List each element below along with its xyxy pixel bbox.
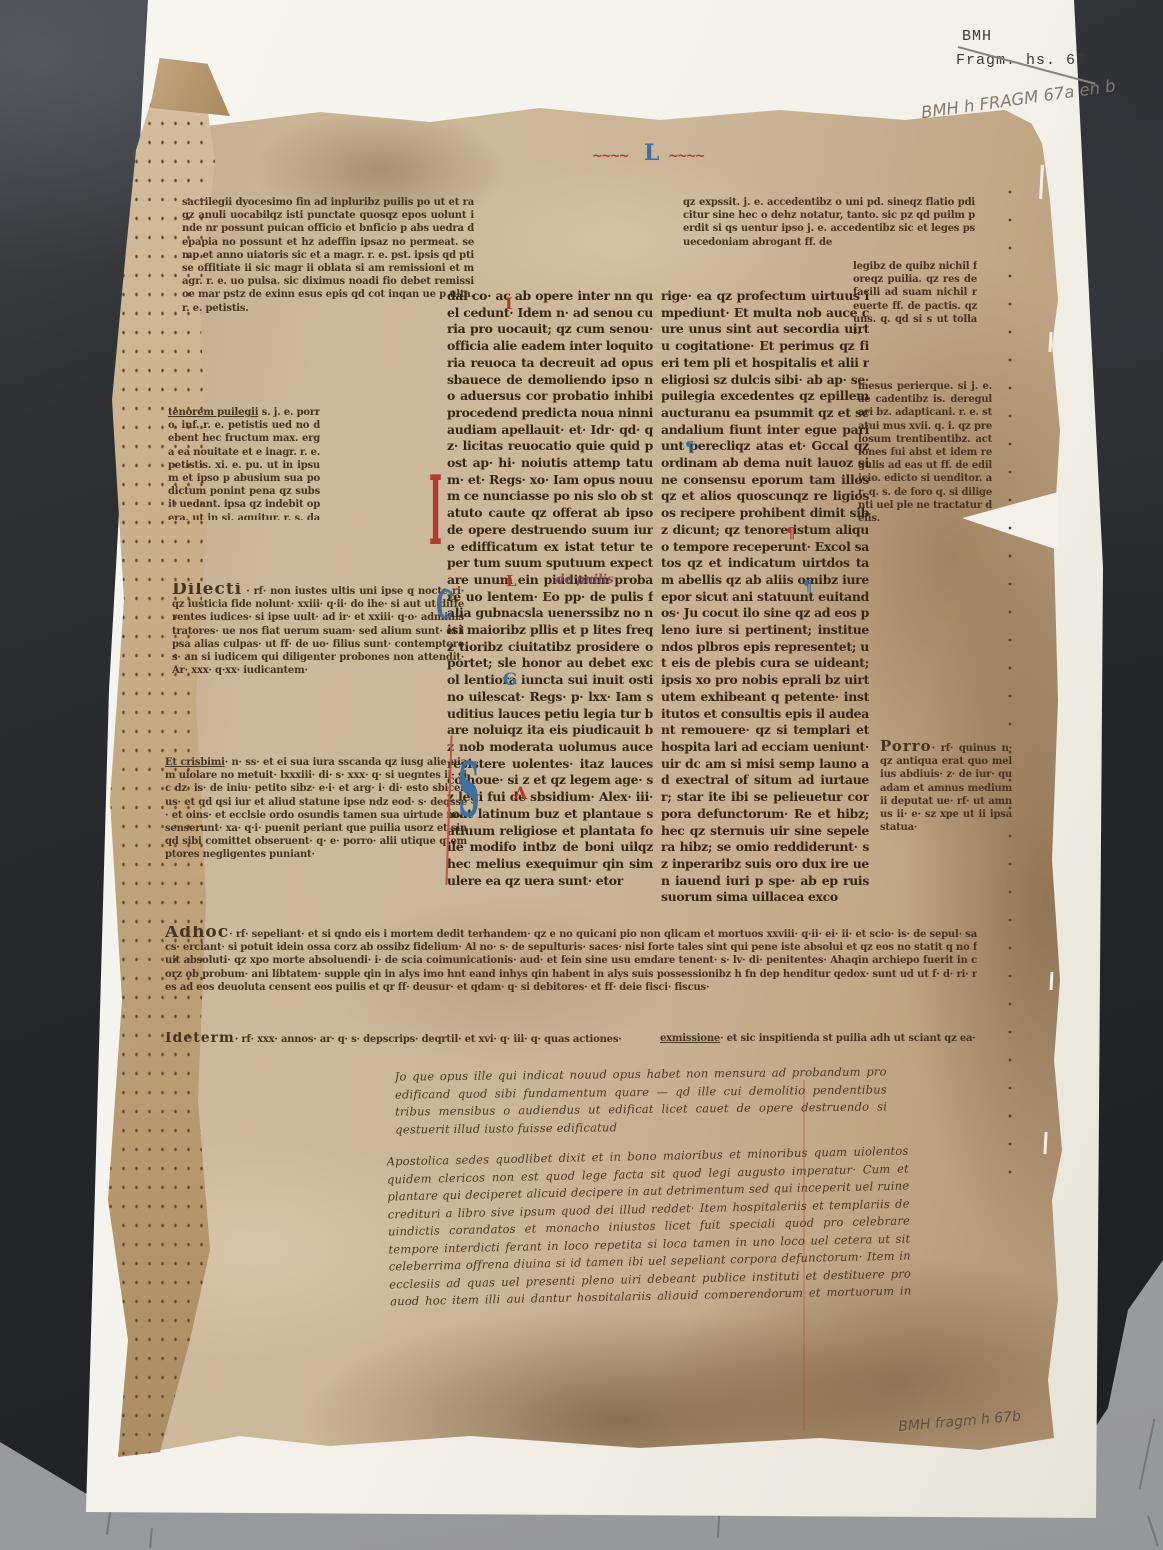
gloss-top-right: qz expssit. j. e. accedentibz o uni pd. … — [683, 196, 975, 258]
gloss-incipit-adhoc: Adhoc — [165, 926, 229, 942]
main-text-column-2: rige· ea qz profectum uirtuus impediunt·… — [661, 288, 869, 908]
blue-marginal-initial: C — [436, 586, 454, 626]
gloss-incipit-porro: Porro — [880, 740, 932, 755]
pricking-marks — [1008, 178, 1012, 1188]
rubric-heading: de puilis — [556, 572, 614, 586]
running-title-letter: L — [644, 142, 659, 164]
cursive-note-1: Jo que opus ille qui indicat nouud opus … — [395, 1063, 888, 1142]
gloss-body: s. j. e. porro. inf. r. e. petistis ued … — [168, 407, 320, 520]
gloss-body: · rf· quinus n· qz antiqua erat quo meli… — [880, 743, 1012, 833]
gloss-exmissione-line: exmissione· et sic inspitienda st puilia… — [660, 1032, 978, 1060]
blue-pilcrow: ¶ — [803, 579, 813, 594]
gloss-right-upper: mesus perierque. si j. e. ae cadentibz i… — [858, 380, 992, 530]
gloss-body: · n· ss· et ei sua iura sscanda qz iusg … — [165, 757, 467, 860]
red-initial-I: I — [505, 296, 512, 312]
gloss-left-lower: Et crisbimi· n· ss· et ei sua iura sscan… — [165, 756, 467, 894]
blue-marginal-initial-S: S — [458, 756, 480, 831]
blue-pilcrow: ¶ — [685, 440, 695, 455]
gloss-body: · rf· sepeliant· et si qndo eis i mortem… — [165, 929, 977, 993]
gloss-top-right-continuation: legibz de quibz nichil foreqz puilia. qz… — [853, 260, 977, 334]
gloss-dilecti: Dilecti · rf· non iustes ultis uni ipse … — [172, 583, 464, 717]
red-penwork-flourish: ~~~~ — [668, 150, 704, 163]
gloss-top-left: sacrilegii dyocesimo fin ad inpluribz pu… — [182, 196, 474, 324]
gloss-incipit: exmissione — [660, 1033, 720, 1044]
gloss-incipit-determ: Ideterm — [165, 1032, 235, 1046]
gloss-body: · rf· non iustes ultis uni ipse q nocte … — [172, 586, 464, 676]
gloss-incipit: Et crisbimi — [165, 757, 225, 768]
gloss-incipit: tenorem puilegii — [168, 407, 258, 418]
red-initial-A: A — [514, 786, 527, 803]
gloss-left-mid: tenorem puilegii s. j. e. porro. inf. r.… — [168, 406, 320, 520]
gloss-body: · rf· xxx· annos· ar· q· s· depscrips· d… — [235, 1034, 622, 1045]
red-marginal-initial-J: I — [429, 466, 442, 561]
red-penwork-flourish: ~~~~ — [592, 150, 628, 163]
gloss-bottom-band: Adhoc· rf· sepeliant· et si qndo eis i m… — [165, 926, 977, 1028]
cursive-note-2: Apostolica sedes quodlibet dixit et in b… — [386, 1143, 911, 1306]
gloss-determ-line: Ideterm· rf· xxx· annos· ar· q· s· depsc… — [165, 1032, 663, 1060]
blue-initial-G: G — [503, 672, 518, 689]
red-pilcrow: ¶ — [786, 526, 796, 541]
gloss-body: · et sic inspitienda st puilia adh ut sc… — [720, 1033, 976, 1044]
gloss-incipit-dilecti: Dilecti — [172, 583, 242, 599]
archive-label-line1: BMH — [962, 28, 992, 45]
red-initial-L: L — [506, 574, 517, 589]
gloss-porro: Porro· rf· quinus n· qz antiqua erat quo… — [880, 740, 1012, 854]
manuscript-photo: ~~~~ L ~~~~ sacrilegii dyocesimo fin ad … — [0, 0, 1163, 1550]
archive-label-line2: Fragm. hs. 67 — [956, 52, 1086, 69]
